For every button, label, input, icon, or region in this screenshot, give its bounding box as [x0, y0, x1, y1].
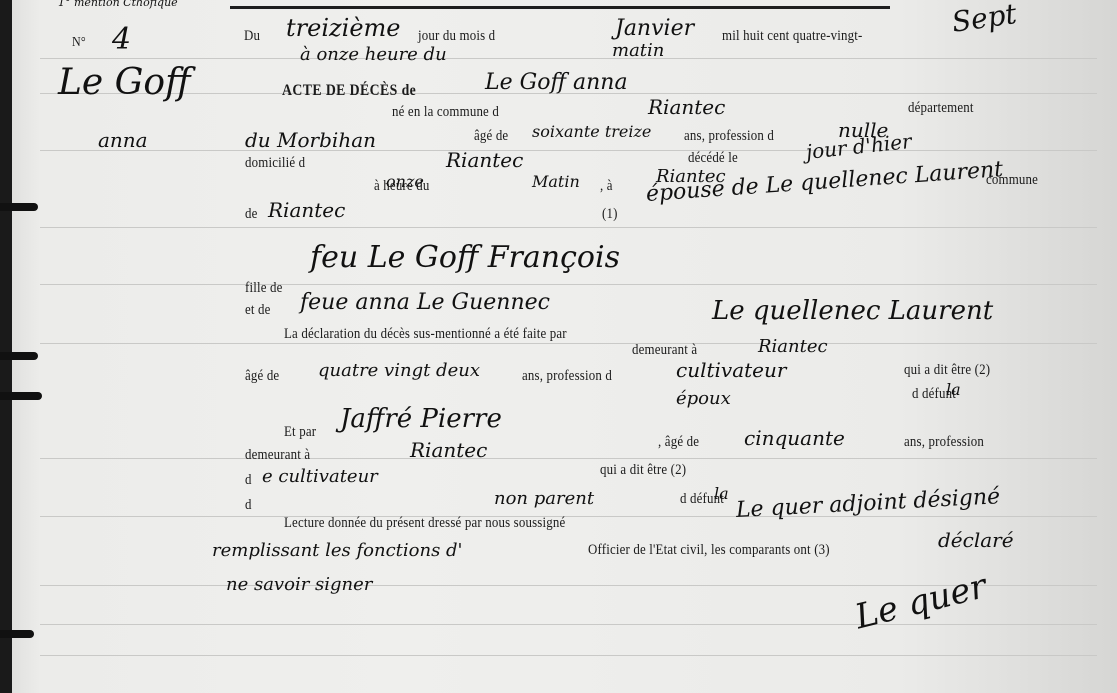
printed-profession-3: ans, profession	[904, 434, 984, 451]
book-binding	[0, 0, 12, 693]
document-title: ACTE DE DÉCÈS de	[282, 82, 416, 100]
printed-de: de	[245, 206, 258, 223]
death-time: Matin	[532, 172, 580, 191]
declarant-2-name: Jaffré Pierre	[340, 404, 502, 434]
time-of-day: matin	[612, 40, 664, 61]
declarant-2-relation: non parent	[494, 488, 594, 509]
declarant-2-profession: e cultivateur	[262, 466, 378, 487]
declarant-1-la: la	[946, 380, 961, 399]
deceased-name: Le Goff anna	[485, 70, 628, 95]
binding-ring-icon	[0, 352, 38, 360]
printed-et-par: Et par	[284, 424, 316, 441]
declared-value: déclaré	[938, 528, 1014, 552]
ruled-line	[40, 343, 1097, 344]
ruled-line	[40, 150, 1097, 151]
remplissant-value: remplissant les fonctions d'	[212, 540, 463, 561]
death-commune: Riantec	[268, 198, 345, 222]
printed-d-rel: d	[245, 497, 252, 514]
printed-d-prof: d	[245, 472, 252, 489]
declarant-1-residence: Riantec	[758, 336, 828, 357]
printed-fille-de: fille de	[245, 280, 283, 297]
birth-commune: Riantec	[648, 95, 725, 119]
printed-ne: né en la commune d	[392, 104, 499, 121]
printed-jour: jour du mois d	[418, 28, 495, 45]
mother-value: feue anna Le Guennec	[300, 290, 550, 315]
note-1: (1)	[602, 206, 618, 223]
printed-age-2: âgé de	[245, 368, 279, 385]
binding-ring-icon	[0, 392, 42, 400]
declarant-1-age: quatre vingt deux	[318, 360, 480, 381]
declarant-2-residence: Riantec	[410, 438, 487, 462]
printed-decede: décédé le	[688, 150, 738, 167]
printed-departement: département	[908, 100, 974, 117]
day-value: treizième	[286, 14, 400, 42]
printed-officier: Officier de l'Etat civil, les comparants…	[588, 542, 830, 559]
declarant-1-name: Le quellenec Laurent	[712, 296, 993, 326]
header-rule	[230, 6, 890, 9]
ruled-line	[40, 58, 1097, 59]
printed-age-3: , âgé de	[658, 434, 699, 451]
printed-et-de: et de	[245, 302, 271, 319]
printed-demeurant-2: demeurant à	[245, 447, 310, 464]
ruled-line	[40, 655, 1097, 656]
binding-ring-icon	[0, 630, 34, 638]
declarant-1-relation: époux	[676, 388, 731, 409]
declarant-1-profession: cultivateur	[676, 358, 786, 382]
department-value: du Morbihan	[245, 128, 376, 152]
month-value: Janvier	[615, 16, 694, 41]
margin-surname: Le Goff	[58, 62, 191, 103]
printed-year: mil huit cent quatre-vingt-	[722, 28, 862, 45]
printed-age: âgé de	[474, 128, 508, 145]
margin-given-name: anna	[98, 128, 148, 152]
cannot-sign-value: ne savoir signer	[226, 574, 372, 595]
ruled-line	[40, 516, 1097, 517]
ruled-line	[40, 458, 1097, 459]
ruled-line	[40, 227, 1097, 228]
ruled-line	[40, 284, 1097, 285]
death-hour: onze	[386, 172, 424, 191]
death-day: jour d'hier	[805, 129, 913, 164]
printed-profession: ans, profession d	[684, 128, 774, 145]
printed-declaration: La déclaration du décès sus-mentionné a …	[284, 326, 567, 343]
register-page: 1° mention Cthofique N° 4 Le Goff anna D…	[0, 0, 1117, 693]
printed-lecture: Lecture donnée du présent dressé par nou…	[284, 515, 565, 532]
printed-qui-a-dit: qui a dit être (2)	[904, 362, 990, 379]
printed-a: , à	[600, 178, 613, 195]
hour-value: à onze heure du	[300, 44, 447, 65]
printed-profession-2: ans, profession d	[522, 368, 612, 385]
printed-domicilie: domicilié d	[245, 155, 305, 172]
printed-qui-a-dit-2: qui a dit être (2)	[600, 462, 686, 479]
domicile-value: Riantec	[446, 148, 523, 172]
margin-note: 1° mention Cthofique	[58, 0, 178, 9]
ruled-line	[40, 624, 1097, 625]
father-value: feu Le Goff François	[310, 240, 620, 275]
printed-du: Du	[244, 28, 260, 45]
binding-ring-icon	[0, 203, 38, 211]
declarant-2-la: la	[714, 484, 729, 503]
printed-demeurant: demeurant à	[632, 342, 697, 359]
officer-value: Le quer adjoint désigné	[735, 484, 1000, 523]
entry-number: 4	[112, 22, 131, 57]
declarant-2-age: cinquante	[744, 426, 845, 450]
number-label: N°	[72, 35, 86, 51]
age-value: soixante treize	[532, 122, 651, 141]
officer-signature: Le quer	[851, 566, 990, 637]
year-suffix: Sept	[950, 0, 1019, 39]
